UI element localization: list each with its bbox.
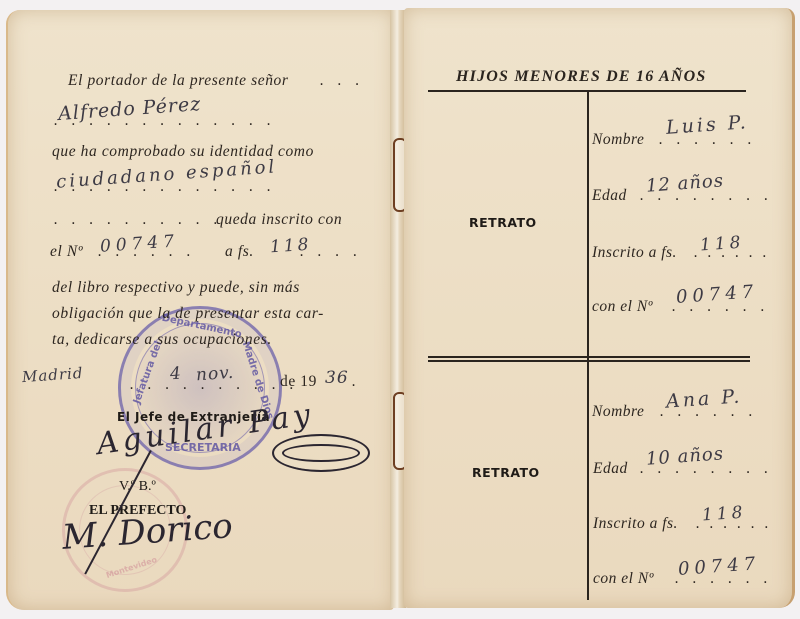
table-divider-double-1 xyxy=(428,356,750,358)
body-text-line-3: ta, dedicarse a sus ocupaciones. xyxy=(52,331,272,349)
child1-folio-value: 118 xyxy=(699,232,745,255)
photo-placeholder-2: RETRATO xyxy=(472,465,540,480)
child2-number-label: con el Nº xyxy=(593,570,654,588)
bearer-dots: . . . xyxy=(320,72,364,90)
date-year-handwritten: 36 xyxy=(325,368,349,388)
table-divider-double-2 xyxy=(428,360,750,362)
vb-label: V.º B.º xyxy=(119,479,156,495)
child2-name-label: Nombre xyxy=(592,403,644,421)
date-day-handwritten: 4 xyxy=(169,364,182,385)
inscribed-label: queda inscrito con xyxy=(216,211,342,229)
child1-folio-label: Inscrito a fs. xyxy=(592,244,677,262)
photo-placeholder-1: RETRATO xyxy=(469,215,537,230)
children-section-heading: HIJOS MENORES DE 16 AÑOS xyxy=(456,68,707,86)
folio-label: a fs. xyxy=(225,243,254,261)
signature-flourish xyxy=(272,434,370,472)
date-end-dot: . xyxy=(352,373,356,391)
child1-age-label: Edad xyxy=(592,187,627,205)
table-divider-vertical xyxy=(587,92,589,600)
child2-age-label: Edad xyxy=(593,460,628,478)
child2-folio-label: Inscrito a fs. xyxy=(593,515,678,533)
body-text-line-1: del libro respectivo y puede, sin más xyxy=(52,279,300,297)
child1-number-label: con el Nº xyxy=(592,298,653,316)
child2-folio-value: 118 xyxy=(701,502,747,525)
bearer-label: El portador de la presente señor xyxy=(68,72,289,90)
inscription-dots: . . . . . . . . . . xyxy=(54,211,223,229)
number-prefix: el Nº xyxy=(50,243,83,261)
folio-number-handwritten: 118 xyxy=(269,235,312,258)
child1-name-label: Nombre xyxy=(592,131,644,149)
date-month-handwritten: nov. xyxy=(195,363,234,386)
year-prefix: de 19 xyxy=(280,373,317,391)
body-text-line-2: obligación que la de presentar esta car- xyxy=(52,305,324,323)
